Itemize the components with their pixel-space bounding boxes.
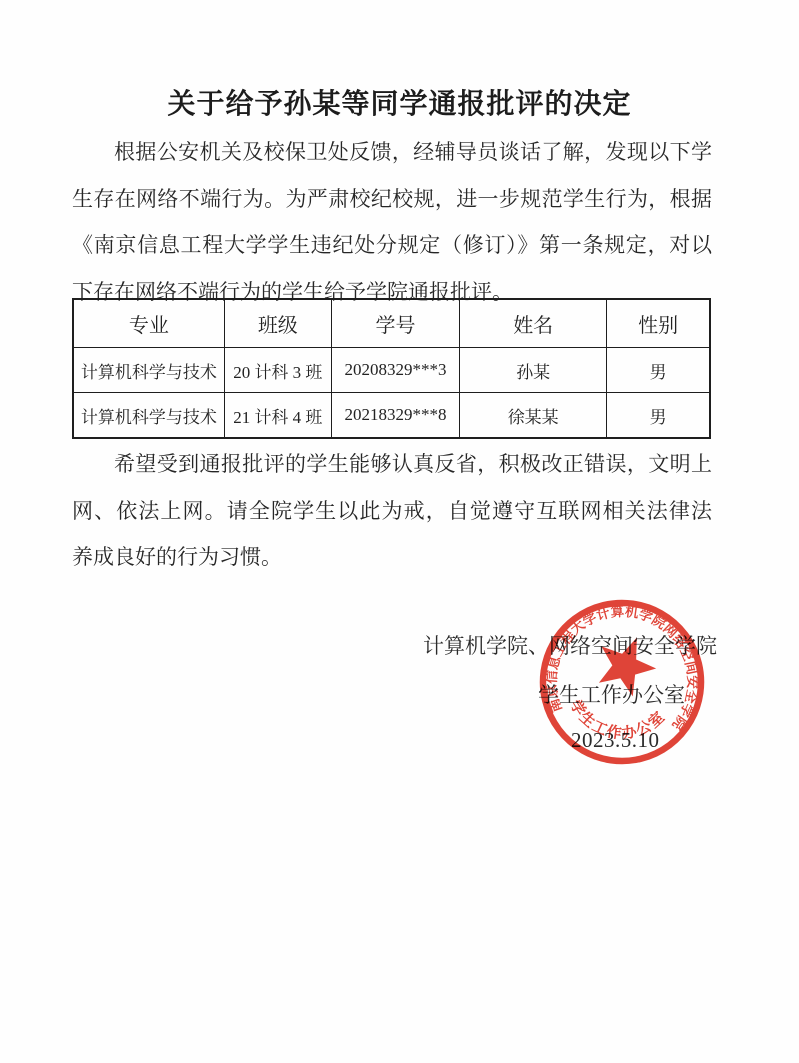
cell-name: 孙某 (460, 348, 607, 393)
paragraph-intro: 根据公安机关及校保卫处反馈，经辅导员谈话了解，发现以下学 生存在网络不端行为。为… (72, 129, 712, 315)
table-header-class: 班级 (224, 299, 331, 348)
cell-gender: 男 (607, 348, 710, 393)
table-header-name: 姓名 (460, 299, 607, 348)
student-table: 专业 班级 学号 姓名 性别 计算机科学与技术 20 计科 3 班 202083… (72, 298, 711, 439)
cell-major: 计算机科学与技术 (73, 348, 224, 393)
table-header-major: 专业 (73, 299, 224, 348)
cell-gender: 男 (607, 393, 710, 439)
cell-name: 徐某某 (460, 393, 607, 439)
paragraph-line: 生存在网络不端行为。为严肃校纪校规，进一步规范学生行为，根据 (72, 176, 712, 223)
document-page: 关于给予孙某等同学通报批评的决定 根据公安机关及校保卫处反馈，经辅导员谈话了解，… (0, 0, 799, 1063)
cell-class: 20 计科 3 班 (224, 348, 331, 393)
seal-bottom-text: 学生工作办公室 (562, 695, 670, 749)
cell-student-id: 20208329***3 (331, 348, 459, 393)
document-title: 关于给予孙某等同学通报批评的决定 (0, 82, 799, 122)
paragraph-line: 《南京信息工程大学学生违纪处分规定（修订）》第一条规定，对以 (72, 222, 712, 269)
cell-major: 计算机科学与技术 (73, 393, 224, 439)
table-row: 计算机科学与技术 21 计科 4 班 20218329***8 徐某某 男 (73, 393, 710, 439)
cell-student-id: 20218329***8 (331, 393, 459, 439)
seal-star-icon (588, 627, 664, 701)
official-seal-stamp: 南京信息工程大学计算机学院网络空间安全学院 学生工作办公室 (532, 592, 712, 772)
table-header-row: 专业 班级 学号 姓名 性别 (73, 299, 710, 348)
cell-class: 21 计科 4 班 (224, 393, 331, 439)
paragraph-line: 网、依法上网。请全院学生以此为戒，自觉遵守互联网相关法律法规， (72, 488, 712, 535)
table-row: 计算机科学与技术 20 计科 3 班 20208329***3 孙某 男 (73, 348, 710, 393)
paragraph-line: 根据公安机关及校保卫处反馈，经辅导员谈话了解，发现以下学 (72, 129, 712, 176)
table-header-student-id: 学号 (331, 299, 459, 348)
paragraph-line: 养成良好的行为习惯。 (72, 534, 712, 581)
table-header-gender: 性别 (607, 299, 710, 348)
seal-ring (533, 593, 711, 771)
paragraph-line: 希望受到通报批评的学生能够认真反省，积极改正错误，文明上 (72, 441, 712, 488)
paragraph-closing: 希望受到通报批评的学生能够认真反省，积极改正错误，文明上 网、依法上网。请全院学… (72, 441, 712, 581)
